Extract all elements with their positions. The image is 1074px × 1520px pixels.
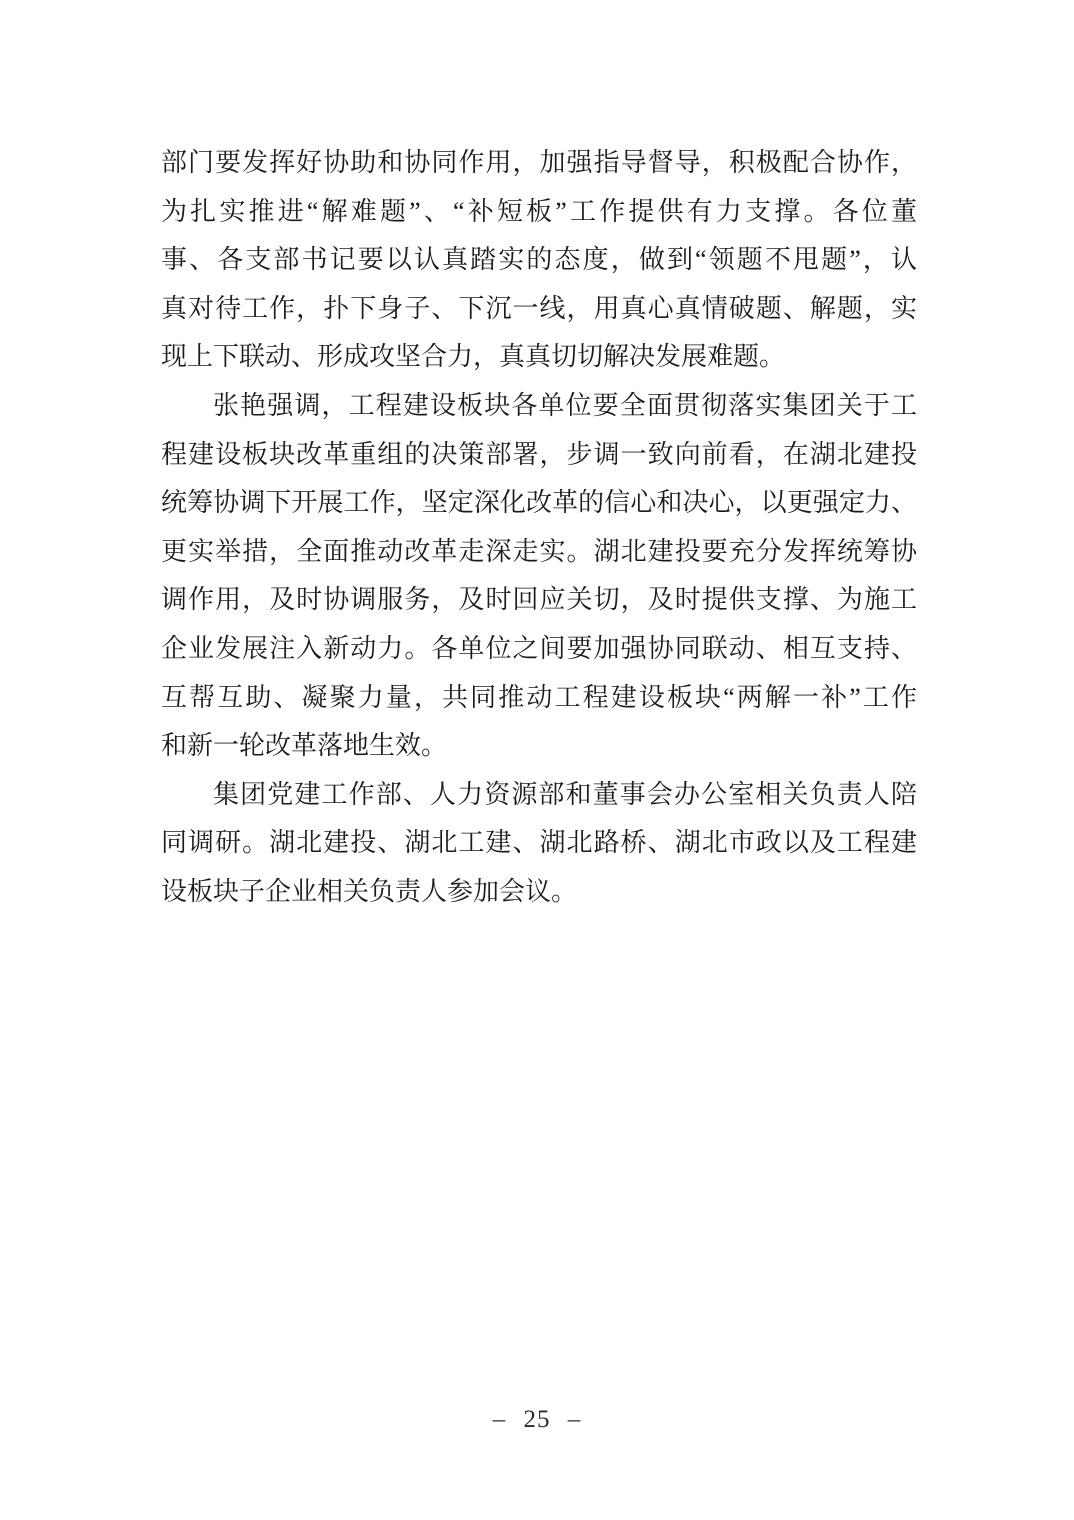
text-line: 现上下联动、形成攻坚合力，真真切切解决发展难题。	[161, 333, 917, 382]
text-line: 企业发展注入新动力。各单位之间要加强协同联动、相互支持、	[161, 625, 917, 674]
document-page: 部门要发挥好协助和协同作用，加强指导督导，积极配合协作， 为扎实推进“解难题”、…	[0, 0, 1074, 1520]
document-body: 部门要发挥好协助和协同作用，加强指导督导，积极配合协作， 为扎实推进“解难题”、…	[161, 139, 917, 917]
text-line: 程建设板块改革重组的决策部署，步调一致向前看，在湖北建投	[161, 431, 917, 480]
text-line: 和新一轮改革落地生效。	[161, 722, 917, 771]
text-line: 真对待工作，扑下身子、下沉一线，用真心真情破题、解题，实	[161, 285, 917, 334]
text-line: 统筹协调下开展工作，坚定深化改革的信心和决心，以更强定力、	[161, 479, 917, 528]
text-line: 设板块子企业相关负责人参加会议。	[161, 868, 917, 917]
text-line: 调作用，及时协调服务，及时回应关切，及时提供支撑、为施工	[161, 576, 917, 625]
text-line: 互帮互助、凝聚力量，共同推动工程建设板块“两解一补”工作	[161, 674, 917, 723]
text-line: 事、各支部书记要以认真踏实的态度，做到“领题不甩题”，认	[161, 236, 917, 285]
text-line: 更实举措，全面推动改革走深走实。湖北建投要充分发挥统筹协	[161, 528, 917, 577]
text-line: 部门要发挥好协助和协同作用，加强指导督导，积极配合协作，	[161, 139, 917, 188]
paragraph: 集团党建工作部、人力资源部和董事会办公室相关负责人陪 同调研。湖北建投、湖北工建…	[161, 771, 917, 917]
text-line: 同调研。湖北建投、湖北工建、湖北路桥、湖北市政以及工程建	[161, 819, 917, 868]
page-number: – 25 –	[0, 1406, 1074, 1434]
text-line: 为扎实推进“解难题”、“补短板”工作提供有力支撑。各位董	[161, 188, 917, 237]
paragraph: 张艳强调，工程建设板块各单位要全面贯彻落实集团关于工 程建设板块改革重组的决策部…	[161, 382, 917, 771]
text-line: 集团党建工作部、人力资源部和董事会办公室相关负责人陪	[161, 771, 917, 820]
paragraph: 部门要发挥好协助和协同作用，加强指导督导，积极配合协作， 为扎实推进“解难题”、…	[161, 139, 917, 382]
text-line: 张艳强调，工程建设板块各单位要全面贯彻落实集团关于工	[161, 382, 917, 431]
